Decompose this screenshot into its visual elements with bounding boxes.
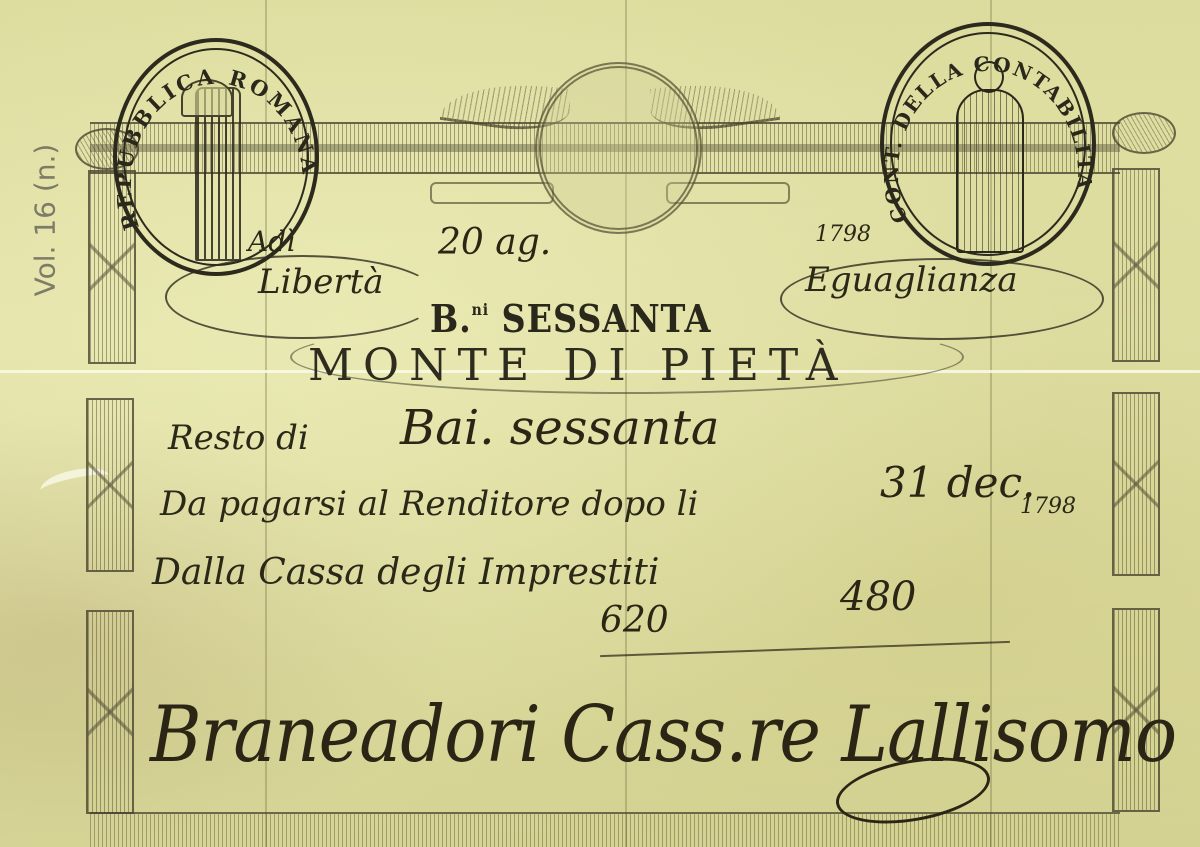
issue-year: 1798 — [815, 222, 871, 247]
marginal-pencil-note: Vol. 16 (n.) — [15, 95, 75, 345]
resto-handwritten-amount: Bai. sessanta — [400, 400, 720, 456]
svg-text:CONT. DELLA CONTABILITÀ: CONT. DELLA CONTABILITÀ — [884, 52, 1092, 227]
banknote-paper: REPUBBLICA ROMANA CONT. DELLA CONTABILIT… — [0, 0, 1200, 847]
fasces-pillar-left — [86, 610, 134, 814]
denomination: B.ni SESSANTA — [430, 296, 711, 341]
svg-text:REPUBBLICA ROMANA: REPUBBLICA ROMANA — [117, 63, 315, 233]
serial-number: 480 — [840, 574, 916, 620]
scroll-ornament-icon — [1112, 112, 1176, 154]
ledger-underline — [600, 641, 1010, 657]
handwritten-issue-date: 20 ag. — [438, 222, 551, 263]
cassa-label: Dalla Cassa degli Imprestiti — [152, 552, 659, 593]
handwritten-due-date: 31 dec. — [880, 458, 1035, 507]
fasces-pillar-right — [1112, 392, 1160, 576]
denomination-prefix: B. — [430, 296, 472, 341]
winged-wreath-emblem-icon — [440, 62, 780, 222]
seal-contabilita: CONT. DELLA CONTABILITÀ — [880, 22, 1096, 266]
fasces-pillar-left — [86, 398, 134, 572]
cashier-signature: Braneadori Cass.re Lallisomo — [150, 690, 1176, 780]
fasces-pillar-right — [1112, 168, 1160, 362]
denomination-superscript: ni — [472, 300, 489, 319]
resto-label: Resto di — [168, 418, 309, 458]
seal-legend-right: CONT. DELLA CONTABILITÀ — [884, 26, 1092, 262]
ornamental-frame-bottom — [90, 812, 1120, 847]
due-year: 1798 — [1020, 494, 1076, 519]
denomination-value: SESSANTA — [502, 296, 712, 341]
motto-liberta: Libertà — [258, 262, 384, 302]
issuer-heading: MONTE DI PIETÀ — [308, 340, 848, 391]
payable-label: Da pagarsi al Renditore dopo li — [160, 484, 698, 524]
serial-number: 620 — [600, 600, 669, 641]
date-label: Adì — [248, 225, 295, 258]
motto-eguaglianza: Eguaglianza — [805, 260, 1018, 300]
wreath-icon — [535, 62, 702, 234]
ribbon-icon — [430, 182, 554, 204]
